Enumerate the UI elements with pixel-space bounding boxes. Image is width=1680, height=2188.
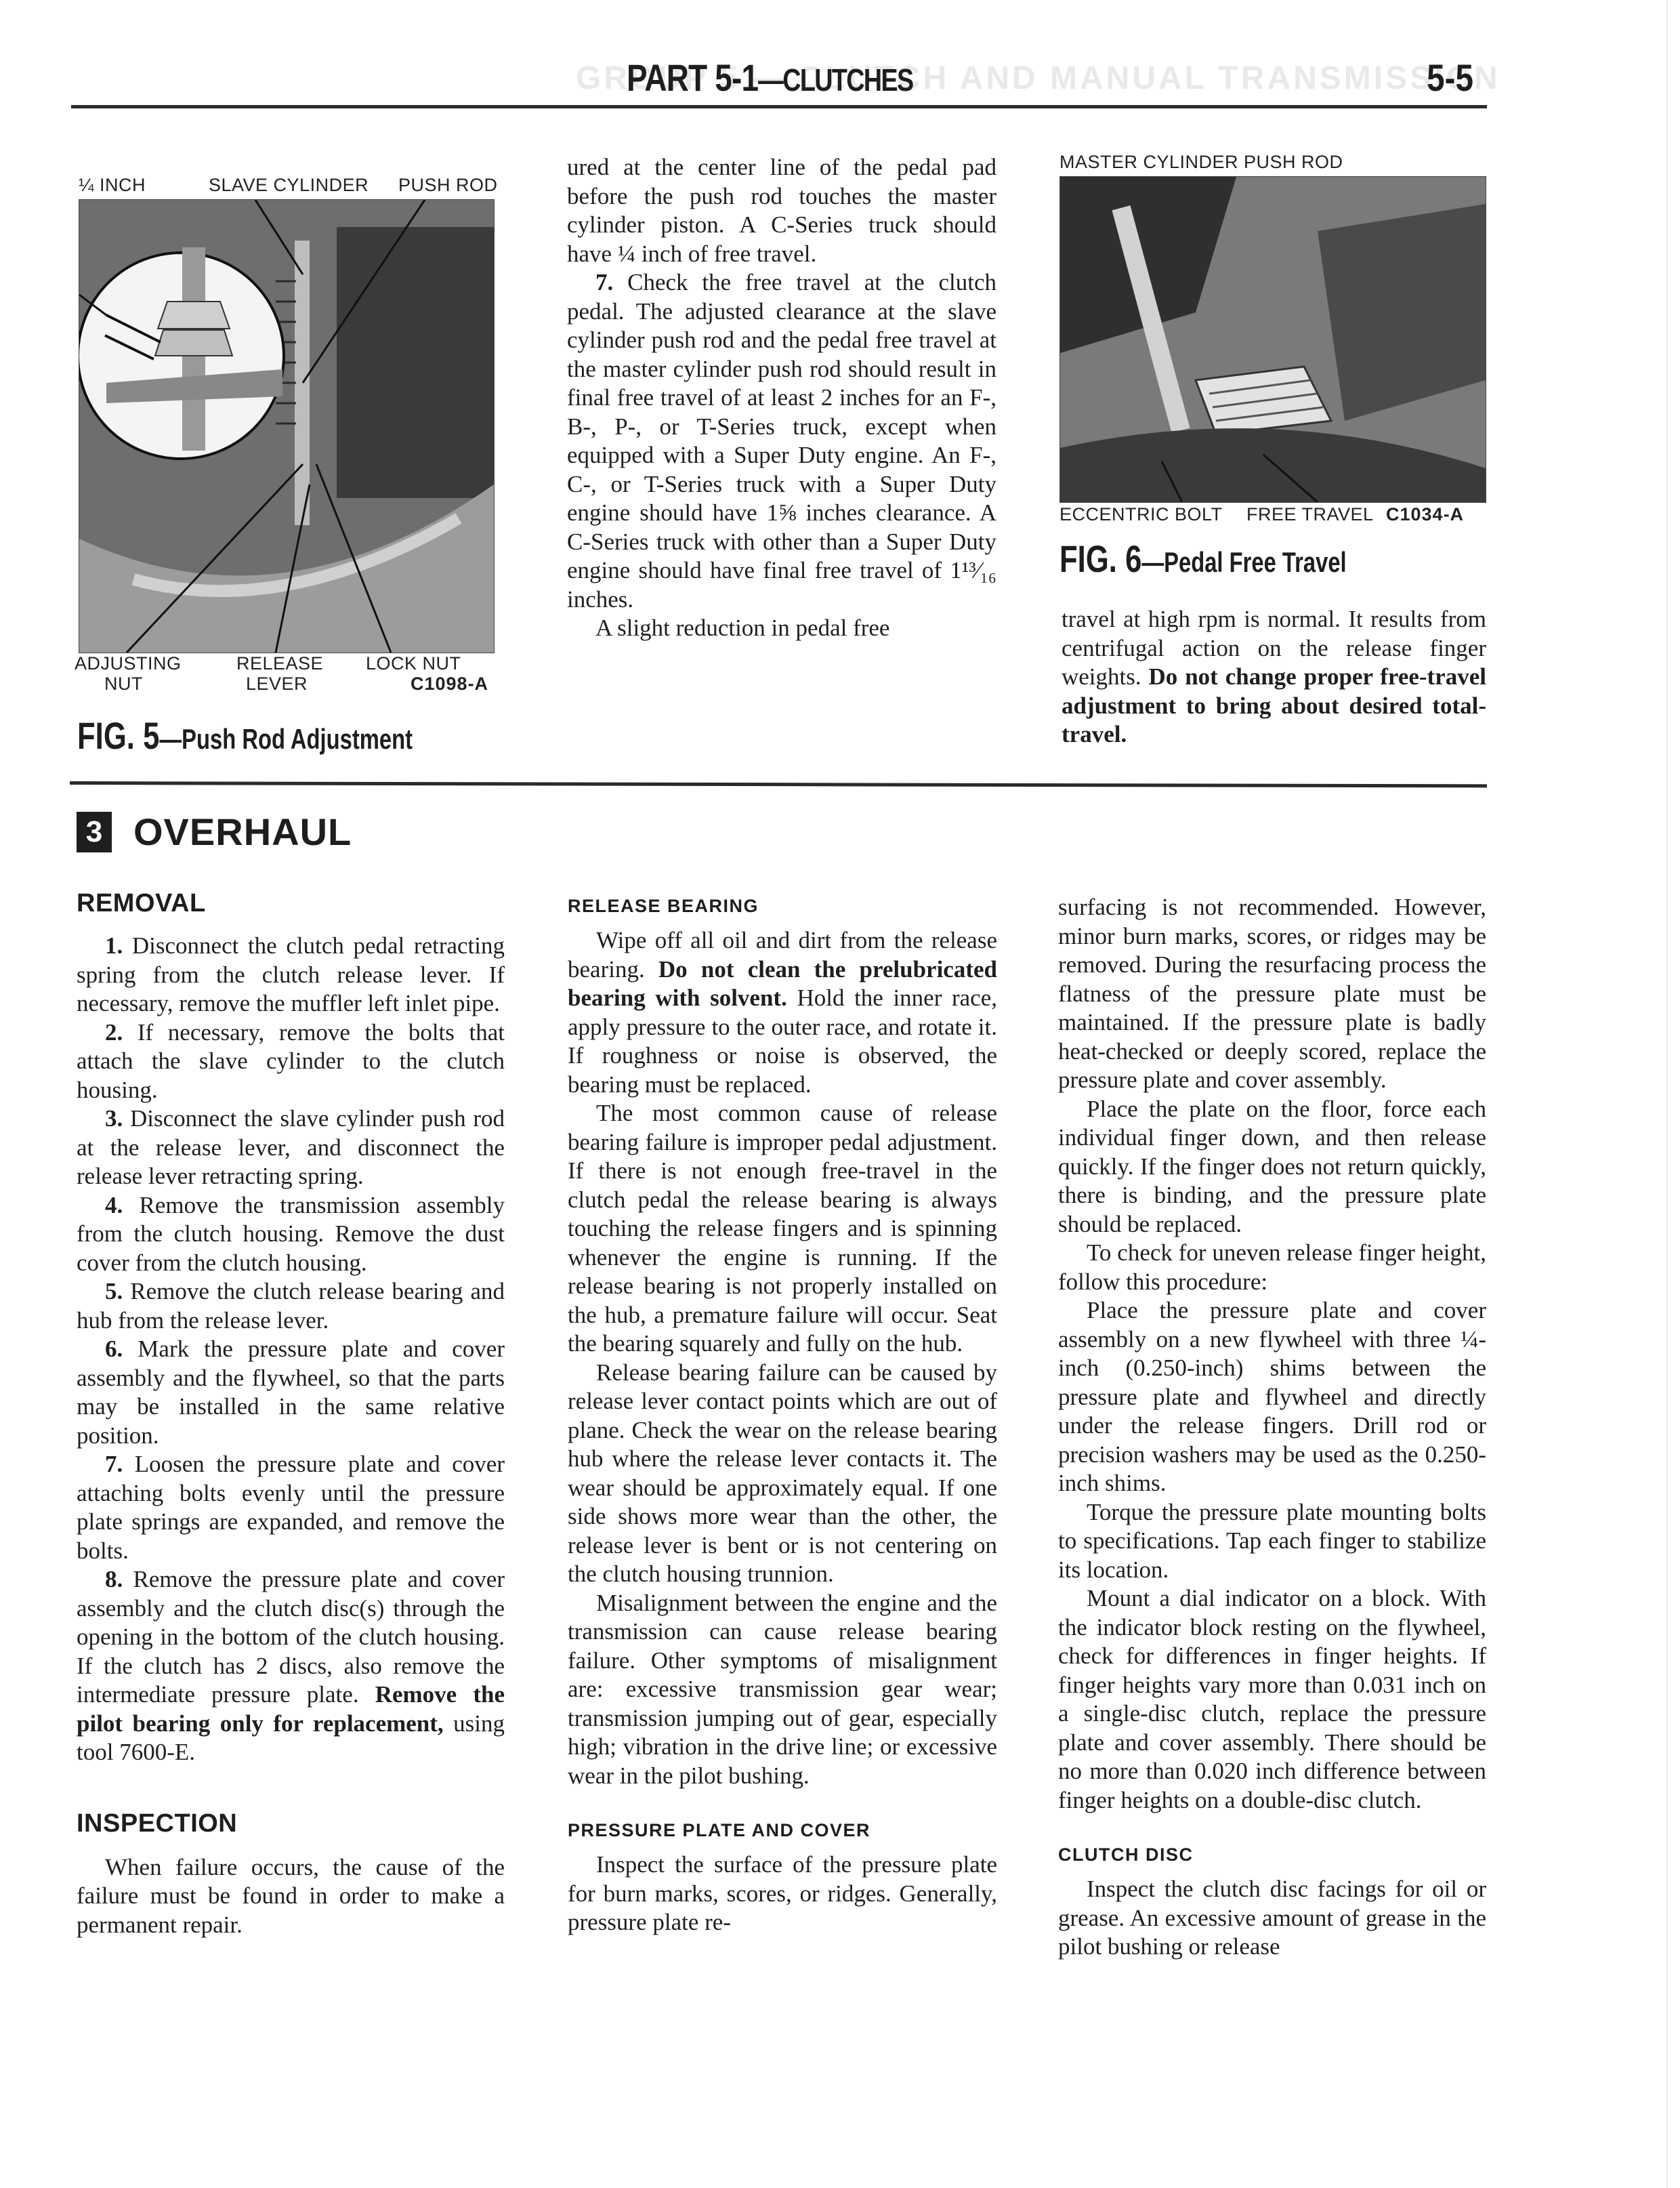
pressure-plate-heading: PRESSURE PLATE AND COVER [568, 1820, 997, 1841]
paragraph: Place the plate on the floor, force each… [1058, 1095, 1486, 1239]
step-number: 2. [105, 1019, 123, 1046]
page-edge-shadow [1666, 0, 1668, 2188]
paragraph: Misalignment between the engine and the … [568, 1589, 997, 1791]
fig5-label-quarter-inch: ¼ INCH [79, 175, 146, 196]
page-number: 5-5 [1427, 56, 1473, 100]
paragraph: surfacing is not recommended. However, m… [1058, 893, 1486, 1095]
fig6-caption-number: FIG. 6 [1059, 537, 1141, 580]
pressure-plate-continued: surfacing is not recommended. However, m… [1058, 893, 1486, 1815]
fig6-label-master-cylinder-push-rod: MASTER CYLINDER PUSH ROD [1059, 152, 1343, 173]
paragraph: Inspect the surface of the pressure plat… [568, 1851, 997, 1937]
fig6-label-eccentric-bolt: ECCENTRIC BOLT [1059, 504, 1223, 525]
fig6-code: C1034-A [1386, 504, 1464, 525]
removal-step: 8. Remove the pressure plate and cover a… [77, 1565, 505, 1767]
page-header-title: PART 5-1—CLUTCHES [627, 56, 912, 100]
removal-step: 6. Mark the pressure plate and cover ass… [77, 1335, 505, 1450]
paragraph: To check for uneven release finger heigh… [1058, 1239, 1486, 1296]
paragraph: Wipe off all oil and dirt from the relea… [568, 926, 997, 1099]
removal-step: 2. If necessary, remove the bolts that a… [77, 1018, 505, 1105]
fig5-label-slave-cylinder: SLAVE CYLINDER [209, 175, 369, 196]
section-number-badge: 3 [77, 812, 112, 852]
fig6-label-free-travel: FREE TRAVEL [1246, 504, 1374, 525]
release-bearing-heading: RELEASE BEARING [568, 896, 997, 917]
paragraph: Inspect the clutch disc facings for oil … [1058, 1875, 1486, 1962]
step-number: 4. [105, 1192, 123, 1218]
header-rule [71, 105, 1487, 108]
inspection-body: When failure occurs, the cause of the fa… [77, 1853, 505, 1940]
step-text: Remove the clutch release bearing and hu… [77, 1278, 505, 1334]
left-column: REMOVAL 1. Disconnect the clutch pedal r… [77, 889, 505, 1939]
fig5-label-lock-nut: LOCK NUT [366, 653, 461, 674]
fig6-caption-dash: — [1141, 546, 1164, 578]
photo-illustration [79, 200, 494, 653]
paragraph: When failure occurs, the cause of the fa… [77, 1853, 505, 1940]
paragraph: Torque the pressure plate mounting bolts… [1058, 1498, 1486, 1585]
figure-5: ¼ INCH SLAVE CYLINDER PUSH ROD [75, 175, 501, 751]
paragraph: travel at high rpm is normal. It results… [1062, 605, 1486, 749]
fig5-caption-title: Push Rod Adjustment [182, 723, 413, 755]
step-number: 3. [105, 1105, 123, 1132]
step-text: Check the free travel at the clutch peda… [567, 269, 996, 613]
paragraph: Release bearing failure can be caused by… [568, 1359, 997, 1589]
paragraph: ured at the center line of the pedal pad… [567, 153, 996, 268]
header-dash: — [758, 62, 782, 98]
fig5-caption: FIG. 5—Push Rod Adjustment [77, 714, 413, 758]
fig5-label-release: RELEASE [236, 653, 323, 674]
section-name: CLUTCHES [782, 62, 912, 98]
inspection-heading: INSPECTION [77, 1809, 505, 1838]
paragraph: Mount a dial indicator on a block. With … [1058, 1584, 1486, 1815]
top-middle-column: ured at the center line of the pedal pad… [567, 153, 996, 643]
figure-6: MASTER CYLINDER PUSH ROD ECCENTRIC BOLT … [1055, 152, 1496, 585]
step-text: Remove the transmission assembly from th… [77, 1192, 505, 1276]
section-divider [70, 781, 1487, 787]
removal-step: 1. Disconnect the clutch pedal retractin… [77, 932, 505, 1018]
fig6-caption: FIG. 6—Pedal Free Travel [1059, 537, 1347, 581]
step-number: 1. [105, 932, 123, 959]
step-number: 8. [105, 1566, 123, 1592]
removal-step: 3. Disconnect the slave cylinder push ro… [77, 1105, 505, 1191]
clutch-disc-body: Inspect the clutch disc facings for oil … [1058, 1875, 1486, 1962]
middle-column: RELEASE BEARING Wipe off all oil and dir… [568, 896, 997, 1937]
push-rod-adjustment-photo [79, 199, 495, 653]
removal-step: 7. Loosen the pressure plate and cover a… [77, 1450, 505, 1565]
paragraph: A slight reduction in pedal free [567, 614, 996, 643]
fig5-label-nut: NUT [104, 674, 143, 695]
section-title: OVERHAUL [133, 812, 352, 852]
step-text: Loosen the pressure plate and cover atta… [77, 1451, 505, 1564]
step-text: Mark the pressure plate and cover assemb… [77, 1336, 505, 1449]
removal-step: 5. Remove the clutch release bearing and… [77, 1277, 505, 1335]
part-label: PART 5-1 [627, 56, 758, 99]
top-right-column: travel at high rpm is normal. It results… [1062, 605, 1486, 749]
right-column: surfacing is not recommended. However, m… [1058, 893, 1486, 1962]
paragraph-step-7: 7. Check the free travel at the clutch p… [567, 268, 996, 614]
paragraph: The most common cause of release bearing… [568, 1099, 997, 1359]
release-bearing-body: Wipe off all oil and dirt from the relea… [568, 926, 997, 1790]
step-number: 5. [105, 1278, 123, 1304]
pressure-plate-body: Inspect the surface of the pressure plat… [568, 1851, 997, 1937]
fig5-caption-number: FIG. 5 [77, 714, 159, 757]
step-text: Disconnect the slave cylinder push rod a… [77, 1105, 505, 1189]
clutch-disc-heading: CLUTCH DISC [1058, 1844, 1486, 1865]
removal-heading: REMOVAL [77, 889, 505, 918]
step-number: 7. [595, 269, 613, 295]
pedal-free-travel-photo [1059, 176, 1486, 503]
fig5-caption-dash: — [159, 723, 182, 755]
fig5-label-push-rod: PUSH ROD [398, 175, 498, 196]
removal-steps: 1. Disconnect the clutch pedal retractin… [77, 932, 505, 1767]
fig5-label-lever: LEVER [246, 674, 308, 695]
step-number: 6. [105, 1336, 123, 1362]
step-number: 7. [105, 1451, 123, 1477]
photo-illustration [1060, 177, 1486, 502]
fig5-label-adjusting: ADJUSTING [75, 653, 182, 674]
fig5-code: C1098-A [411, 674, 488, 695]
step-text: If necessary, remove the bolts that atta… [77, 1019, 505, 1103]
fig6-caption-title: Pedal Free Travel [1164, 546, 1347, 578]
step-text: Disconnect the clutch pedal retracting s… [77, 932, 505, 1016]
removal-step: 4. Remove the transmission assembly from… [77, 1191, 505, 1278]
paragraph: Place the pressure plate and cover assem… [1058, 1296, 1486, 1498]
